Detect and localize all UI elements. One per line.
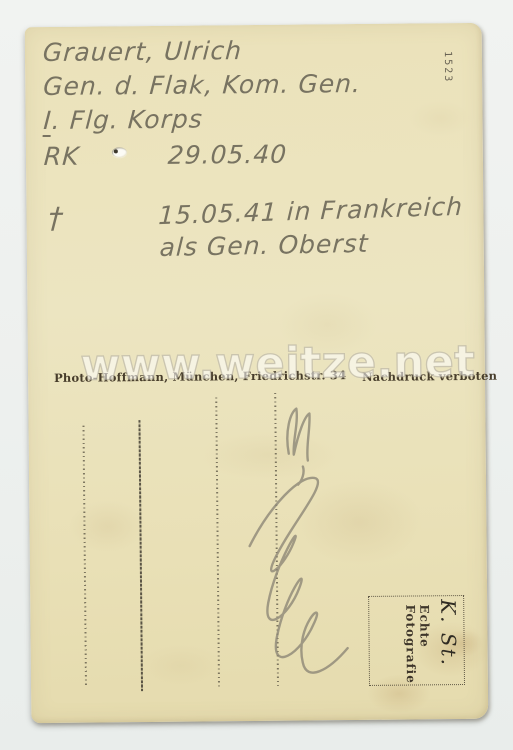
address-dotted-line-1 bbox=[82, 426, 86, 688]
pencil-signature bbox=[238, 386, 381, 687]
stamp-box-label: Echte Fotografie bbox=[403, 604, 432, 684]
death-date-place: 15.05.41 in Frankreich bbox=[158, 192, 464, 230]
stamp-box-label-line2: Fotografie bbox=[403, 604, 418, 683]
postcard-back: Grauert, Ulrich Gen. d. Flak, Kom. Gen. … bbox=[25, 23, 489, 723]
handwritten-award-line: RK 29.05.40 bbox=[43, 142, 81, 171]
ink-annotation-kst: K. St. bbox=[436, 599, 461, 667]
address-dotted-line-2-pencil bbox=[138, 420, 143, 691]
death-cross-symbol: † bbox=[47, 201, 65, 235]
handwritten-unit: I. Flg. Korps bbox=[43, 104, 204, 135]
handwritten-name: Grauert, Ulrich bbox=[42, 36, 243, 67]
award-date: 29.05.40 bbox=[167, 140, 288, 170]
unit-text: . Flg. Korps bbox=[51, 104, 204, 134]
award-abbr: RK bbox=[43, 142, 81, 171]
catalog-number: 1523 bbox=[442, 51, 453, 83]
scan-background: Grauert, Ulrich Gen. d. Flak, Kom. Gen. … bbox=[0, 0, 513, 750]
handwritten-rank: Gen. d. Flak, Kom. Gen. bbox=[42, 69, 362, 101]
dealer-watermark: www.weitze.net bbox=[68, 337, 488, 391]
address-dotted-line-3 bbox=[215, 397, 219, 686]
stamp-box-label-line1: Echte bbox=[417, 604, 432, 683]
paper-hole bbox=[112, 147, 127, 157]
death-rank: als Gen. Oberst bbox=[159, 229, 369, 262]
